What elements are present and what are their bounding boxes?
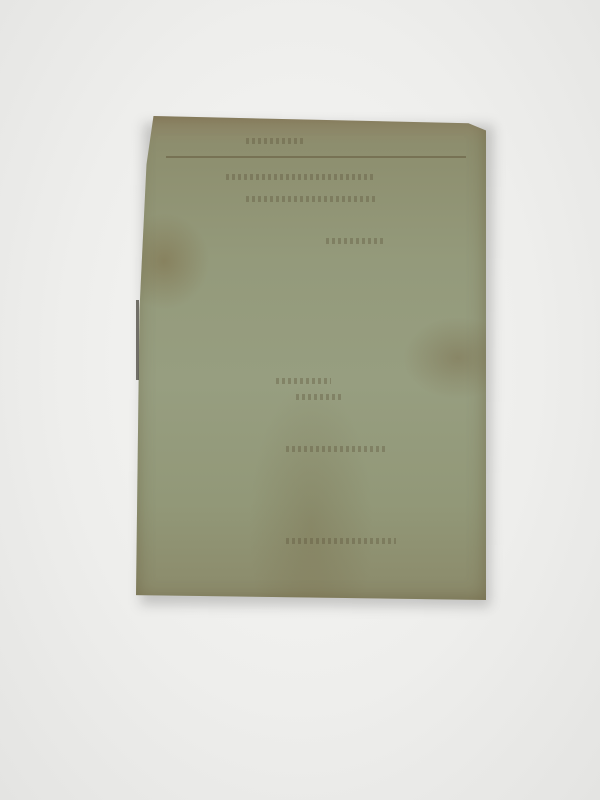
bleed-through-text <box>326 238 386 244</box>
bleed-through-text <box>286 446 386 452</box>
bleed-through-text <box>246 196 376 202</box>
bleed-through-text <box>286 538 396 544</box>
booklet-cover <box>136 116 486 600</box>
bleed-through-text <box>226 174 376 180</box>
bleed-through-text <box>276 378 331 384</box>
bleed-through-text <box>246 138 306 144</box>
bleed-through-text <box>296 394 341 400</box>
bleed-through-rule <box>166 156 466 158</box>
photo-scene <box>0 0 600 800</box>
booklet-spine-edge <box>136 300 139 380</box>
